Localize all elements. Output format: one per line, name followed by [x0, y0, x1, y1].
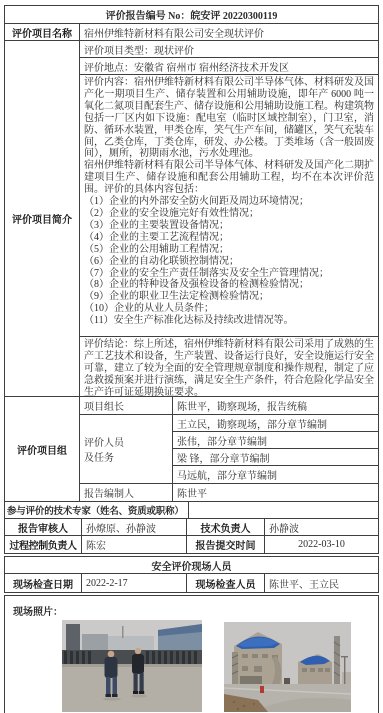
process-control-value: 陈宏	[81, 536, 186, 553]
inspection-staff-label: 现场检查人员	[186, 574, 264, 592]
site-photo-buildings	[224, 622, 351, 712]
team-member-row: 马远航，部分章节编制	[173, 466, 378, 483]
tech-lead-label: 技术负责人	[186, 519, 264, 535]
main-table: 评价报告编号 No：皖安评 20220300119 评价项目名称 宿州伊维特新材…	[4, 5, 379, 554]
project-location-line: 评价地点：安徽省 宿州市 宿州经济技术开发区	[80, 58, 378, 75]
photo2-light-arm	[341, 656, 348, 657]
submit-time-value: 2022-03-10	[264, 536, 378, 553]
report-reviewer-value: 孙燎原、孙静波	[81, 519, 186, 535]
team-member-row: 梁 锋，部分章节编制	[173, 449, 378, 466]
project-intro-label: 评价项目简介	[5, 41, 79, 396]
project-name-label: 评价项目名称	[5, 24, 79, 40]
photo2-far-building	[342, 672, 351, 684]
photo1-concrete-ground	[62, 664, 202, 712]
photo1-shadow	[131, 695, 147, 698]
photo1-crane-mast	[122, 626, 124, 638]
evaluation-content-paragraph: 评价内容：宿州伊维特新材料有限公司半导体气体、材料研发及国产化一期项目生产、储存…	[80, 75, 378, 337]
project-team-label: 评价项目组	[5, 397, 79, 501]
team-leader-value: 陈世平，勘察现场，报告统稿	[172, 397, 378, 414]
photo1-building	[82, 634, 108, 652]
evaluation-conclusion-paragraph: 评价结论：综上所述，宿州伊维特新材料有限公司采用了成熟的生产工艺技术和设备，生产…	[80, 337, 378, 396]
team-members-label: 评价人员 及任务	[80, 415, 172, 483]
site-photo-inspectors	[62, 620, 202, 712]
experts-value	[188, 502, 378, 518]
process-control-label: 过程控制负责人	[5, 536, 81, 553]
photo1-building	[108, 636, 154, 652]
site-photos-section: 现场照片：	[4, 595, 379, 713]
team-leader-label: 项目组长	[80, 397, 172, 414]
inspection-date-label: 现场检查日期	[5, 574, 81, 592]
report-writer-label: 报告编制人	[80, 484, 172, 501]
site-personnel-table: 安全评价现场人员 现场检查日期 2022-2-17 现场检查人员 陈世平、王立民	[4, 556, 379, 593]
team-members-list: 王立民，勘察现场，部分章节编制 张伟，部分章节编制 梁 锋，部分章节编制 马远航…	[172, 415, 378, 483]
site-personnel-heading: 安全评价现场人员	[5, 557, 378, 573]
submit-time-label: 报告提交时间	[186, 536, 264, 553]
inspection-staff-value: 陈世平、王立民	[264, 574, 378, 592]
photo2-light-pole	[344, 656, 345, 684]
inspection-date-value: 2022-2-17	[81, 574, 186, 592]
photo1-shadow	[103, 697, 121, 700]
photo2-fire-hydrant	[260, 686, 264, 693]
experts-label: 参与评价的技术专家（姓名、资质或职称）	[5, 502, 188, 518]
tech-lead-value: 孙静波	[264, 519, 378, 535]
photo2-equipment-box	[284, 678, 290, 684]
photo2-equipment	[240, 676, 262, 684]
evaluation-report-document: 评价报告编号 No：皖安评 20220300119 评价项目名称 宿州伊维特新材…	[4, 5, 379, 713]
site-photos-label: 现场照片：	[13, 603, 63, 618]
project-type-line: 评价项目类型：现状评价	[80, 41, 378, 58]
team-member-row: 张伟，部分章节编制	[173, 432, 378, 449]
project-name-value: 宿州伊维特新材料有限公司安全现状评价	[79, 24, 378, 40]
report-writer-value: 陈世平	[172, 484, 378, 501]
report-reviewer-label: 报告审核人	[5, 519, 81, 535]
team-member-row: 王立民，勘察现场，部分章节编制	[173, 415, 378, 432]
photo1-tower	[66, 624, 80, 652]
report-number-heading: 评价报告编号 No：皖安评 20220300119	[5, 6, 378, 23]
